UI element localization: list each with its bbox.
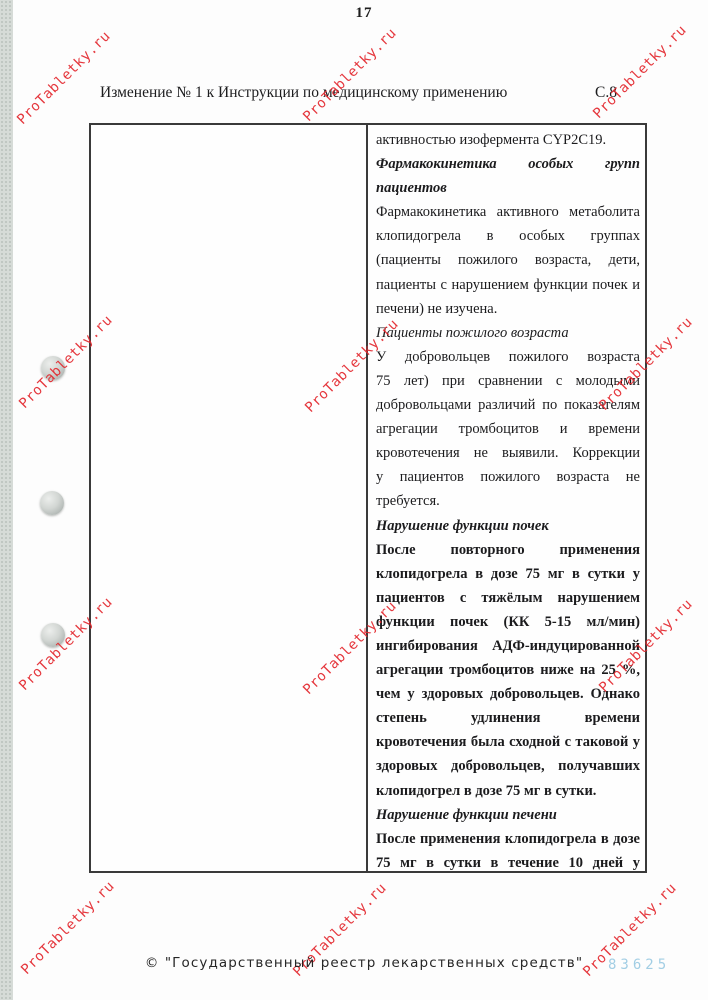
hole-punch-mark <box>41 356 65 380</box>
hole-punch-mark <box>40 491 64 515</box>
table-left-cell <box>91 125 368 871</box>
text-line: 75 мг в сутки в течение 10 дней у <box>376 851 640 871</box>
text-line: чем у здоровых добровольцев. Однако <box>376 682 640 706</box>
text-line: требуется. <box>376 489 640 513</box>
content-table: активностью изофермента CYP2C19.Фармакок… <box>89 123 647 873</box>
text-line: После повторного применения <box>376 538 640 562</box>
text-line: кровотечения не выявили. Коррекции дозы <box>376 441 640 465</box>
text-line: функции почек (КК 5-15 мл/мин) степень <box>376 610 640 634</box>
text-line: клопидогрела в дозе 75 мг в сутки у <box>376 562 640 586</box>
table-right-cell: активностью изофермента CYP2C19.Фармакок… <box>368 125 645 871</box>
footer-serial-number: 83625 <box>608 957 670 973</box>
text-line: активностью изофермента CYP2C19. <box>376 128 640 152</box>
text-line: Фармакокинетика особых групп <box>376 152 640 176</box>
text-line: кровотечения была сходной с таковой у <box>376 730 640 754</box>
hole-punch-mark <box>41 623 65 647</box>
watermark-text: ProTabletky.ru <box>590 22 690 122</box>
text-line: Фармакокинетика активного метаболита <box>376 200 640 224</box>
header-page-ref: С.8 <box>595 84 617 102</box>
text-line: печени) не изучена. <box>376 297 640 321</box>
text-line: здоровых добровольцев, получавших <box>376 754 640 778</box>
footer-copyright: © "Государственный реестр лекарственных … <box>10 955 708 971</box>
text-line: пациентов с тяжёлым нарушением <box>376 586 640 610</box>
text-line: 75 лет) при сравнении с молодыми <box>376 369 640 393</box>
text-line: После применения клопидогрела в дозе <box>376 827 640 851</box>
header-title: Изменение № 1 к Инструкции по медицинско… <box>100 84 507 102</box>
page-number: 17 <box>340 5 388 22</box>
text-line: У добровольцев пожилого возраста (старше <box>376 345 640 369</box>
watermark-text: ProTabletky.ru <box>14 28 114 128</box>
text-line: (пациенты пожилого возраста, дети, <box>376 248 640 272</box>
scanned-document-page: 17 Изменение № 1 к Инструкции по медицин… <box>0 0 708 1000</box>
text-line: степень удлинения времени <box>376 706 640 730</box>
text-line: агрегации тромбоцитов ниже на 25 %, <box>376 658 640 682</box>
text-line: Нарушение функции печени <box>376 803 640 827</box>
text-line: добровольцами различий по показателям <box>376 393 640 417</box>
text-line: клопидогрел в дозе 75 мг в сутки. <box>376 779 640 803</box>
text-line: Нарушение функции почек <box>376 514 640 538</box>
document-header: Изменение № 1 к Инструкции по медицинско… <box>100 84 617 102</box>
text-line: пациенты с нарушением функции почек и <box>376 273 640 297</box>
text-line: ингибирования АДФ-индуцированной <box>376 634 640 658</box>
text-line: агрегации тромбоцитов и времени <box>376 417 640 441</box>
scan-edge-strip <box>0 0 13 1000</box>
watermark-text: ProTabletky.ru <box>300 25 400 125</box>
text-line: пациентов <box>376 176 640 200</box>
text-line: Пациенты пожилого возраста <box>376 321 640 345</box>
text-line: у пациентов пожилого возраста не <box>376 465 640 489</box>
text-line: клопидогрела в особых группах пациентов <box>376 224 640 248</box>
